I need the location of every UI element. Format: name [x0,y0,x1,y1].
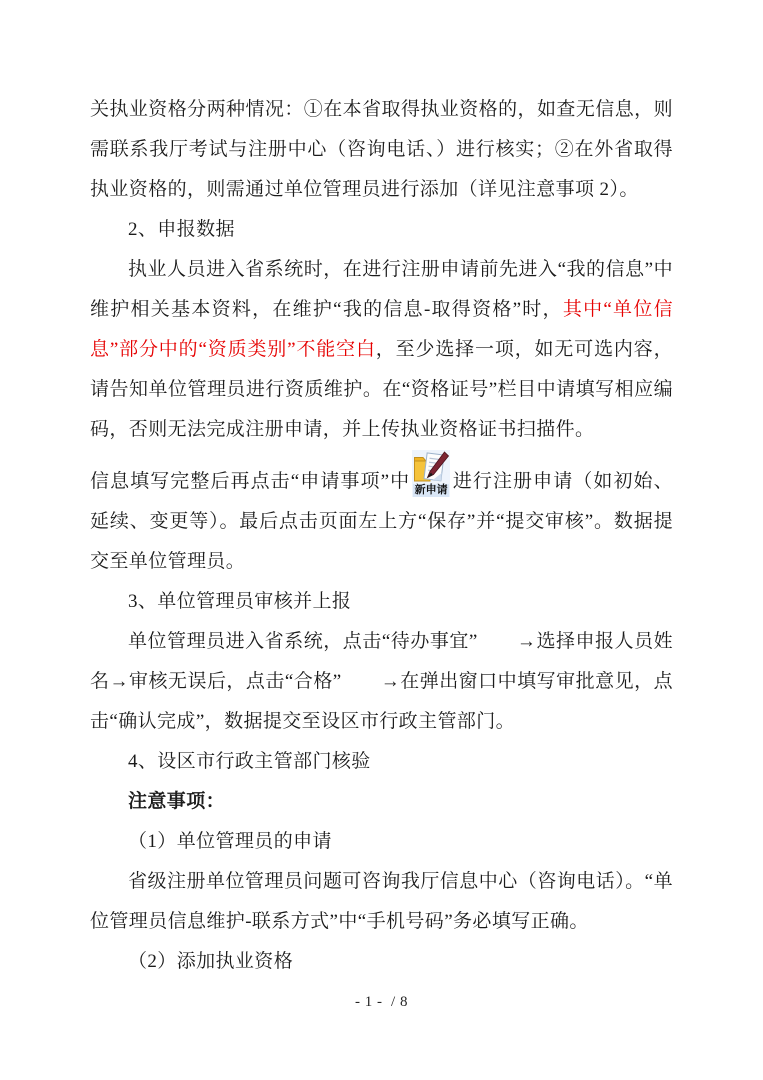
folder-pen-icon [413,451,449,484]
paragraph: 信息填写完整后再点击“申请事项”中新申请进行注册申请（如初始、延续、变更等）。最… [90,450,673,582]
document-page: 关执业资格分两种情况：①在本省取得执业资格的，如查无信息，则需联系我厅考试与注册… [0,0,763,1080]
text-run: 3、单位管理员审核并上报 [128,591,351,612]
document-body: 关执业资格分两种情况：①在本省取得执业资格的，如查无信息，则需联系我厅考试与注册… [90,90,673,982]
text-run: 信息填写完整后再点击“申请事项”中 [90,471,410,492]
new-application-icon-label: 新申请 [413,484,449,497]
text-run: 单位管理员进入省系统，点击“待办事宜” →选择申报人员姓名→审核无误后，点击“合… [90,631,673,732]
paragraph: （2）添加执业资格 [90,942,673,982]
paragraph: 注意事项： [90,782,673,822]
paragraph: 省级注册单位管理员问题可咨询我厅信息中心（咨询电话）。“单位管理员信息维护-联系… [90,862,673,942]
paragraph: 3、单位管理员审核并上报 [90,582,673,622]
page-number: - 1 - / 8 [90,994,673,1011]
text-run: 4、设区市行政主管部门核验 [128,751,371,772]
text-run: 省级注册单位管理员问题可咨询我厅信息中心（咨询电话）。“单位管理员信息维护-联系… [90,871,673,932]
text-run: 关执业资格分两种情况：①在本省取得执业资格的，如查无信息，则需联系我厅考试与注册… [90,99,673,200]
paragraph: 2、申报数据 [90,210,673,250]
text-run: 2、申报数据 [128,219,235,240]
paragraph: 执业人员进入省系统时，在进行注册申请前先进入“我的信息”中维护相关基本资料，在维… [90,250,673,450]
paragraph: 关执业资格分两种情况：①在本省取得执业资格的，如查无信息，则需联系我厅考试与注册… [90,90,673,210]
text-run: 注意事项： [128,791,225,812]
new-application-icon: 新申请 [412,450,450,497]
text-run: （1）单位管理员的申请 [128,831,332,852]
paragraph: 4、设区市行政主管部门核验 [90,742,673,782]
paragraph: （1）单位管理员的申请 [90,822,673,862]
paragraph: 单位管理员进入省系统，点击“待办事宜” →选择申报人员姓名→审核无误后，点击“合… [90,622,673,742]
text-run: （2）添加执业资格 [128,951,293,972]
